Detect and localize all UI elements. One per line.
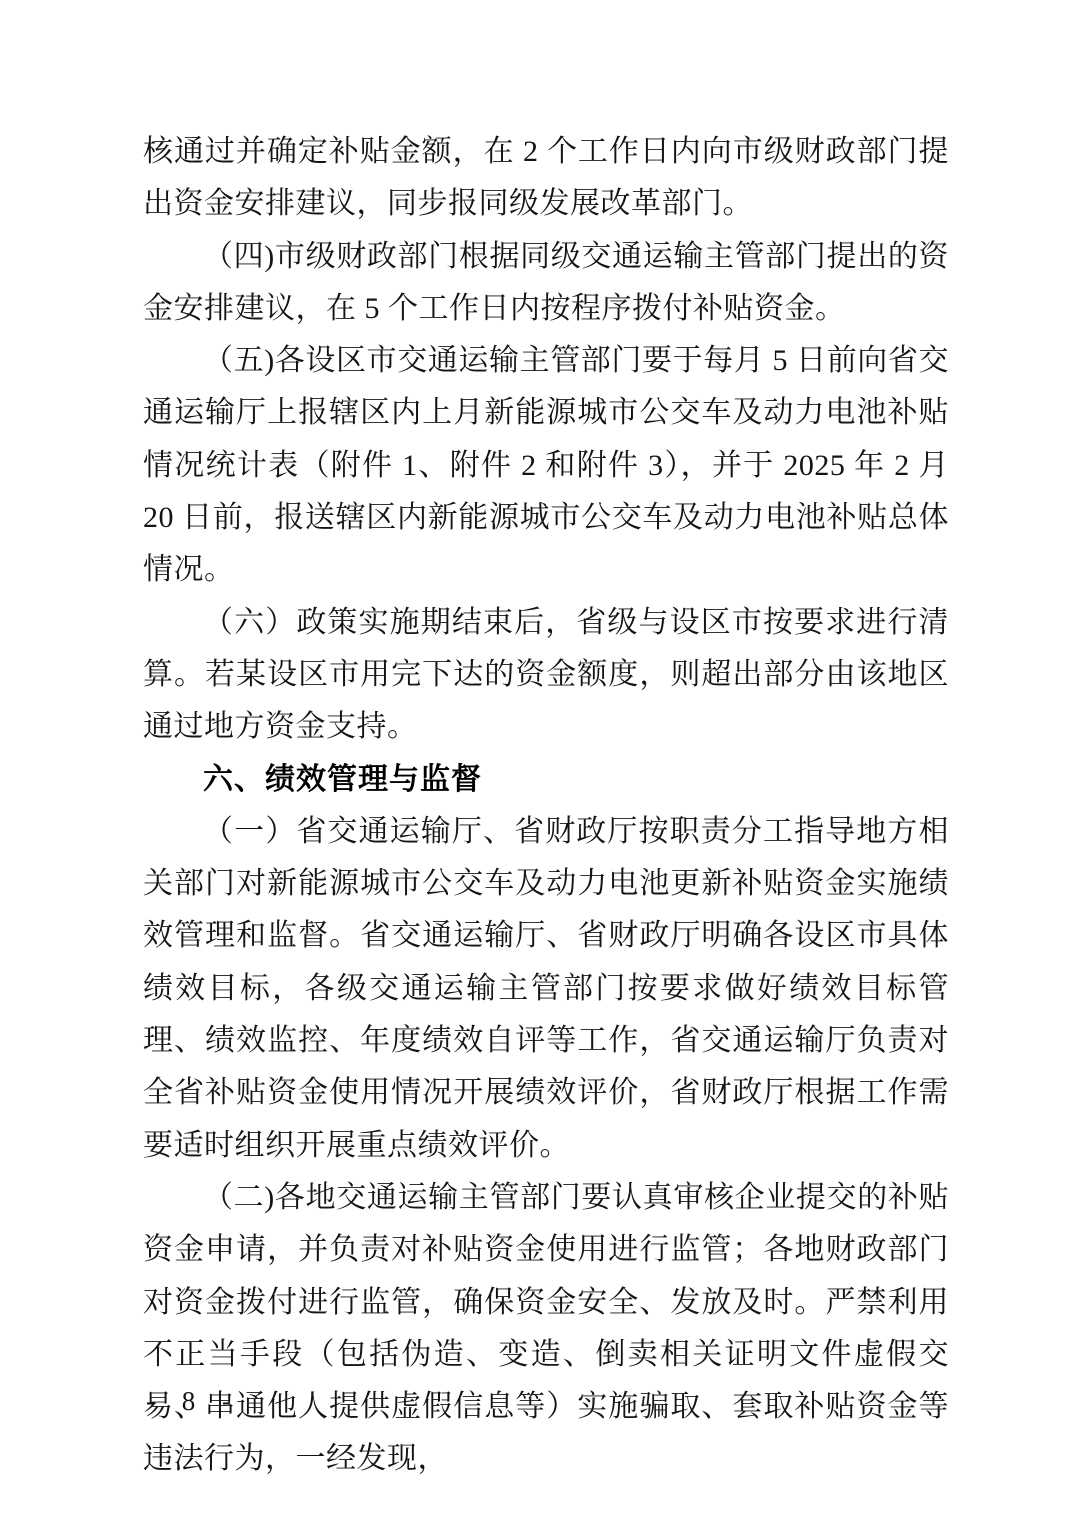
document-body: 核通过并确定补贴金额，在 2 个工作日内向市级财政部门提出资金安排建议，同步报同… xyxy=(143,126,949,1486)
body-paragraph: （五)各设区市交通运输主管部门要于每月 5 日前向省交通运输厅上报辖区内上月新能… xyxy=(143,335,949,596)
document-page: 核通过并确定补贴金额，在 2 个工作日内向市级财政部门提出资金安排建议，同步报同… xyxy=(0,0,1074,1520)
body-paragraph: （二)各地交通运输主管部门要认真审核企业提交的补贴资金申请，并负责对补贴资金使用… xyxy=(143,1172,949,1486)
body-paragraph: （六）政策实施期结束后，省级与设区市按要求进行清算。若某设区市用完下达的资金额度… xyxy=(143,597,949,754)
page-number: - 8 - xyxy=(146,1386,241,1417)
body-paragraph: （一）省交通运输厅、省财政厅按职责分工指导地方相关部门对新能源城市公交车及动力电… xyxy=(143,806,949,1172)
body-paragraph: 核通过并确定补贴金额，在 2 个工作日内向市级财政部门提出资金安排建议，同步报同… xyxy=(143,126,949,231)
section-heading: 六、绩效管理与监督 xyxy=(143,754,949,806)
body-paragraph: （四)市级财政部门根据同级交通运输主管部门提出的资金安排建议，在 5 个工作日内… xyxy=(143,231,949,336)
